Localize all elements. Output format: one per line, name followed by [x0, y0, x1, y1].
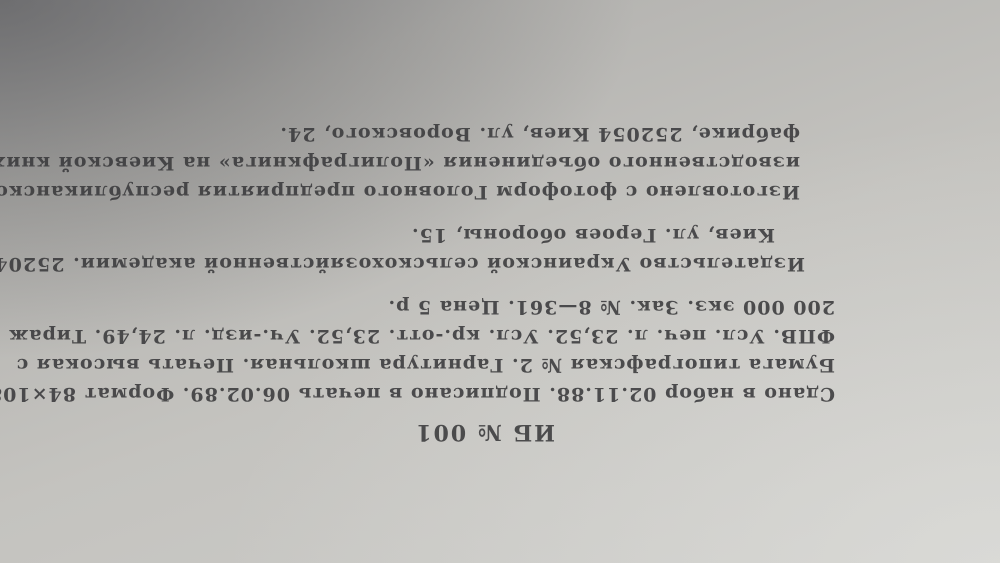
printer-line-2: изводственного объединения «Полиграфкниг…: [0, 152, 800, 174]
ib-number: ИБ № 001: [414, 419, 555, 445]
print-info-line-1: Сдано в набор 02.11.88. Подписано в печа…: [0, 383, 835, 405]
publisher-line-2: Киев, ул. Героев обороны, 15.: [411, 224, 775, 246]
print-info-line-4: 200 000 экз. Зак. № 8—361. Цена 5 р.: [387, 296, 835, 318]
printer-line-1: Изготовлено с фотоформ Головного предпри…: [0, 181, 800, 203]
print-info-line-2: Бумага типографская № 2. Гарнитура школь…: [16, 354, 835, 376]
colophon-rotated: ИБ № 001 Сдано в набор 02.11.88. Подписа…: [0, 0, 1000, 563]
book-page-photo: ИБ № 001 Сдано в набор 02.11.88. Подписа…: [0, 0, 1000, 563]
printer-line-3: фабрике, 252054 Киев, ул. Воровского, 24…: [279, 123, 800, 145]
print-info-line-3: ФПВ. Усл. печ. л. 23,52. Усл. кр.-отт. 2…: [8, 325, 835, 347]
publisher-line-1: Издательство Украинской сельскохозяйстве…: [0, 253, 805, 275]
